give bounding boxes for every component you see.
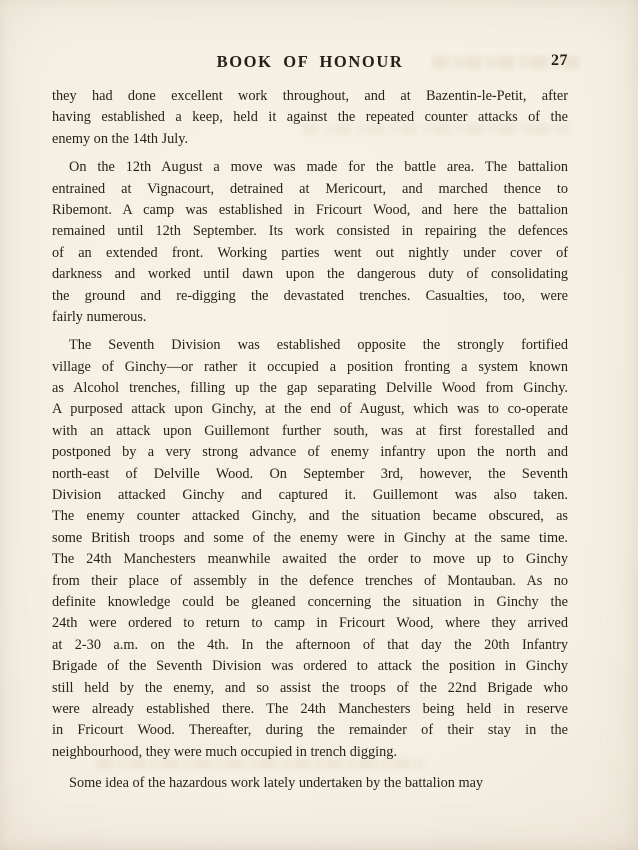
text-line: enemy on the 14th July. xyxy=(52,129,568,150)
text-line: The 24th Manchesters meanwhile awaited t… xyxy=(52,549,568,570)
text-line: 24th were ordered to return to camp in F… xyxy=(52,613,568,634)
text-line: darkness and worked until dawn upon the … xyxy=(52,264,568,285)
text-line: as Alcohol trenches, filling up the gap … xyxy=(52,378,568,399)
text-line: fairly numerous. xyxy=(52,307,568,328)
text-line: Ribemont. A camp was established in Fric… xyxy=(52,200,568,221)
text-line: with an attack upon Guillemont further s… xyxy=(52,421,568,442)
text-line: entrained at Vignacourt, detrained at Me… xyxy=(52,179,568,200)
page-text: they had done excellent work throughout,… xyxy=(52,86,568,802)
page-title: BOOK OF HONOUR xyxy=(52,52,568,72)
text-line: having established a keep, held it again… xyxy=(52,107,568,128)
text-line: The enemy counter attacked Ginchy, and t… xyxy=(52,506,568,527)
book-page: BOOK OF HONOUR 27 they had done excellen… xyxy=(0,0,638,850)
text-line: village of Ginchy—or rather it occupied … xyxy=(52,357,568,378)
text-line: remained until 12th September. Its work … xyxy=(52,221,568,242)
text-line: they had done excellent work throughout,… xyxy=(52,86,568,107)
paragraph: On the 12th August a move was made for t… xyxy=(52,157,568,328)
running-head: BOOK OF HONOUR 27 xyxy=(52,52,568,72)
text-line: Brigade of the Seventh Division was orde… xyxy=(52,656,568,677)
text-line: at 2-30 a.m. on the 4th. In the afternoo… xyxy=(52,635,568,656)
text-line: in Fricourt Wood. Thereafter, during the… xyxy=(52,720,568,741)
text-line: were already established there. The 24th… xyxy=(52,699,568,720)
paragraph: The Seventh Division was established opp… xyxy=(52,335,568,763)
page-number: 27 xyxy=(551,52,568,70)
text-line: Some idea of the hazardous work lately u… xyxy=(52,773,568,794)
text-line: A purposed attack upon Ginchy, at the en… xyxy=(52,399,568,420)
text-line: definite knowledge could be gleaned conc… xyxy=(52,592,568,613)
text-line: from their place of assembly in the defe… xyxy=(52,571,568,592)
text-line: some British troops and some of the enem… xyxy=(52,528,568,549)
text-line: the ground and re-digging the devastated… xyxy=(52,286,568,307)
text-line: north-east of Delville Wood. On Septembe… xyxy=(52,464,568,485)
paragraph: they had done excellent work throughout,… xyxy=(52,86,568,150)
text-line: neighbourhood, they were much occupied i… xyxy=(52,742,568,763)
text-line: still held by the enemy, and so assist t… xyxy=(52,678,568,699)
text-line: The Seventh Division was established opp… xyxy=(52,335,568,356)
text-line: Division attacked Ginchy and captured it… xyxy=(52,485,568,506)
text-line: On the 12th August a move was made for t… xyxy=(52,157,568,178)
paragraph: Some idea of the hazardous work lately u… xyxy=(52,773,568,794)
text-line: of an extended front. Working parties we… xyxy=(52,243,568,264)
text-line: postponed by a very strong advance of en… xyxy=(52,442,568,463)
